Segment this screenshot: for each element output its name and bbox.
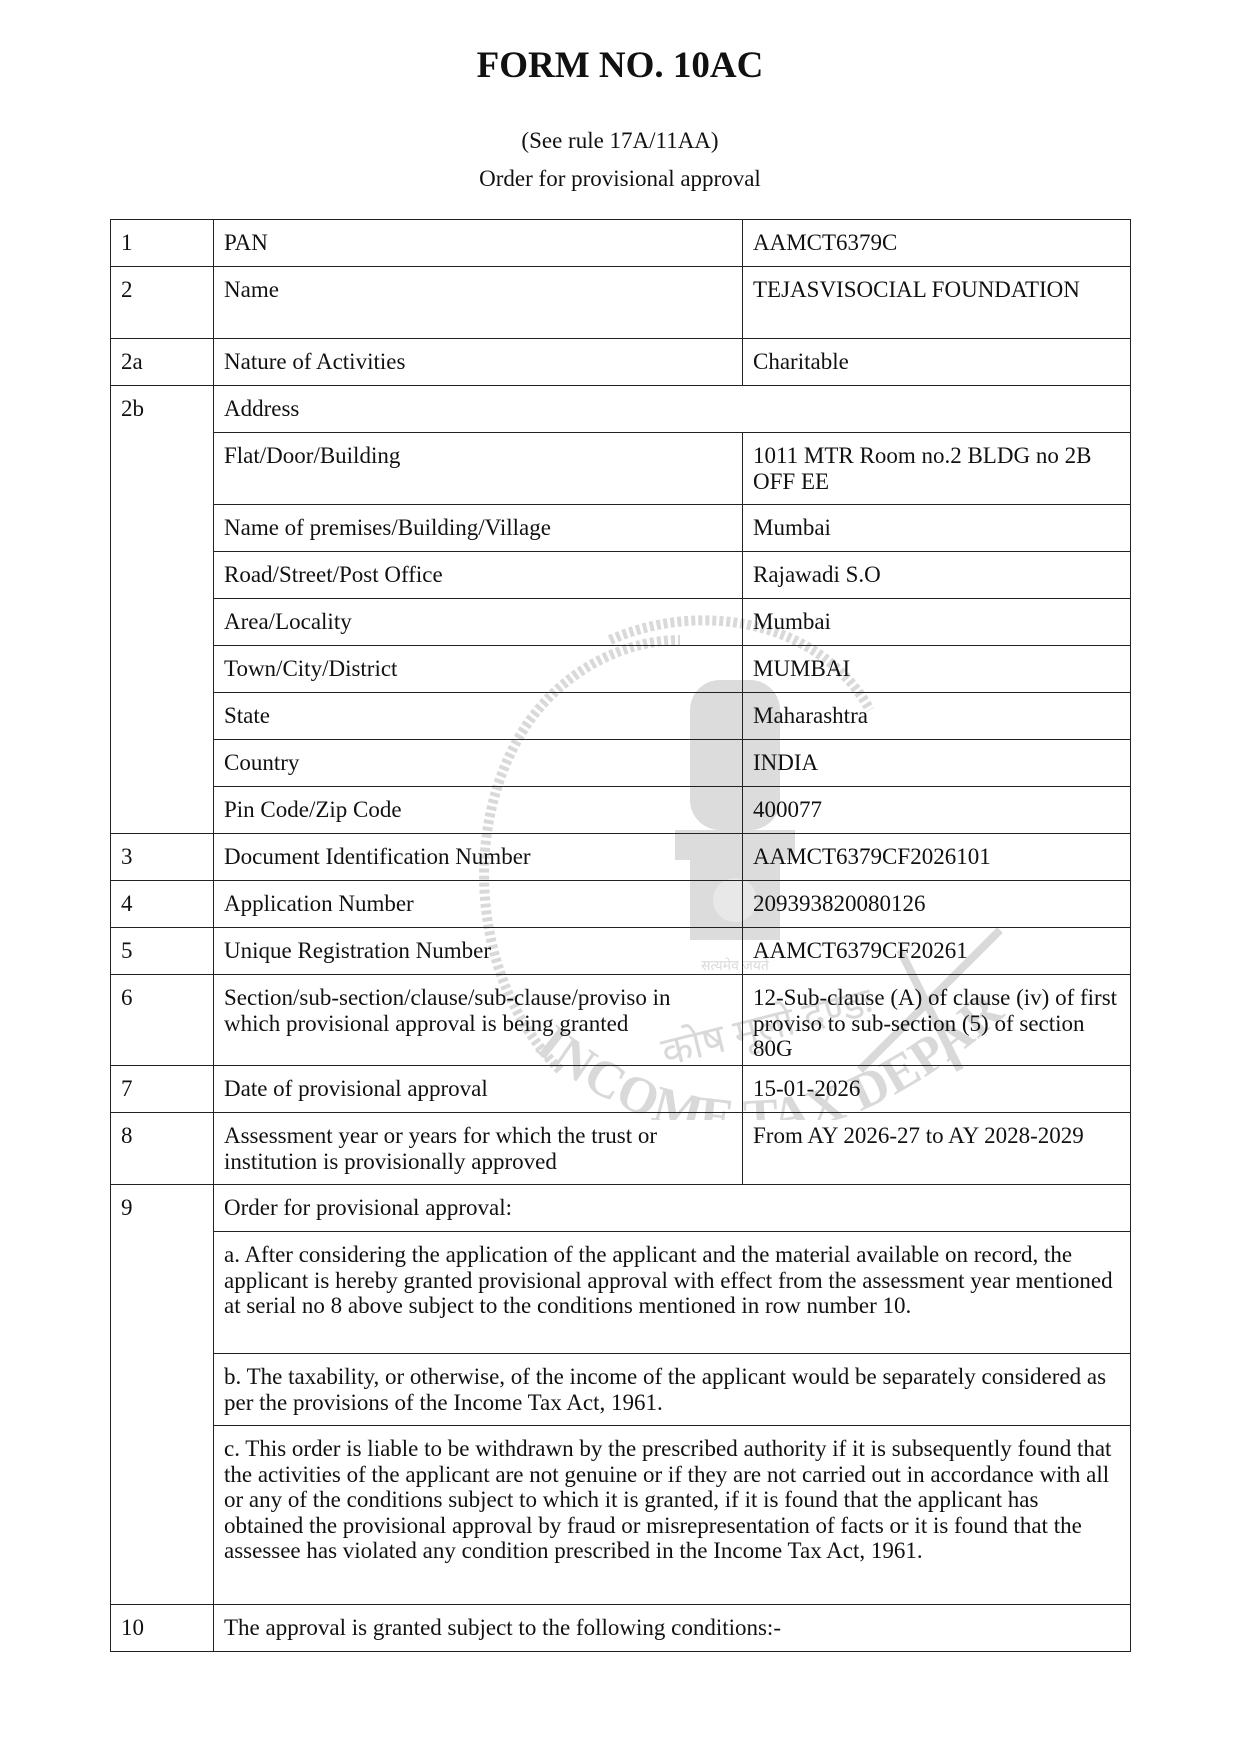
section-label: Order for provisional approval: xyxy=(214,1185,1131,1232)
serial-number: 2b xyxy=(111,386,214,834)
table-row-registration-number: 5 Unique Registration Number AAMCT6379CF… xyxy=(111,928,1131,975)
table-row-address-header: 2b Address xyxy=(111,386,1131,433)
serial-number: 5 xyxy=(111,928,214,975)
section-label: Address xyxy=(214,386,1131,433)
order-paragraph-a: a. After considering the application of … xyxy=(111,1232,1131,1354)
table-row-document-id: 3 Document Identification Number AAMCT63… xyxy=(111,834,1131,881)
field-value: Maharashtra xyxy=(743,693,1131,740)
field-label: Unique Registration Number xyxy=(214,928,743,975)
field-label: State xyxy=(214,693,743,740)
field-value: AAMCT6379CF20261 xyxy=(743,928,1131,975)
address-row-area: Area/Locality Mumbai xyxy=(111,599,1131,646)
field-value: TEJASVISOCIAL FOUNDATION xyxy=(743,267,1131,339)
field-value: 15-01-2026 xyxy=(743,1066,1131,1113)
order-text: a. After considering the application of … xyxy=(214,1232,1131,1354)
serial-number: 6 xyxy=(111,975,214,1066)
field-value: 209393820080126 xyxy=(743,881,1131,928)
field-value: Charitable xyxy=(743,339,1131,386)
table-row-section: 6 Section/sub-section/clause/sub-clause/… xyxy=(111,975,1131,1066)
field-label: Application Number xyxy=(214,881,743,928)
table-row-name: 2 Name TEJASVISOCIAL FOUNDATION xyxy=(111,267,1131,339)
field-label: PAN xyxy=(214,220,743,267)
serial-number: 4 xyxy=(111,881,214,928)
table-row-application-number: 4 Application Number 209393820080126 xyxy=(111,881,1131,928)
form-subtitle: Order for provisional approval xyxy=(0,166,1240,192)
field-label: Town/City/District xyxy=(214,646,743,693)
field-label: Name xyxy=(214,267,743,339)
address-row-premises: Name of premises/Building/Village Mumbai xyxy=(111,505,1131,552)
serial-number: 1 xyxy=(111,220,214,267)
table-row-order-header: 9 Order for provisional approval: xyxy=(111,1185,1131,1232)
field-value: 1011 MTR Room no.2 BLDG no 2B OFF EE xyxy=(743,433,1131,505)
serial-number: 2 xyxy=(111,267,214,339)
field-label: Flat/Door/Building xyxy=(214,433,743,505)
table-row-conditions: 10 The approval is granted subject to th… xyxy=(111,1605,1131,1652)
table-row-assessment-years: 8 Assessment year or years for which the… xyxy=(111,1113,1131,1185)
form-table: 1 PAN AAMCT6379C 2 Name TEJASVISOCIAL FO… xyxy=(110,219,1131,1652)
field-value: From AY 2026-27 to AY 2028-2029 xyxy=(743,1113,1131,1185)
address-row-pincode: Pin Code/Zip Code 400077 xyxy=(111,787,1131,834)
serial-number: 8 xyxy=(111,1113,214,1185)
field-label: Document Identification Number xyxy=(214,834,743,881)
field-value: 400077 xyxy=(743,787,1131,834)
field-label: Assessment year or years for which the t… xyxy=(214,1113,743,1185)
serial-number: 2a xyxy=(111,339,214,386)
field-label: Country xyxy=(214,740,743,787)
address-row-flat: Flat/Door/Building 1011 MTR Room no.2 BL… xyxy=(111,433,1131,505)
serial-number: 7 xyxy=(111,1066,214,1113)
order-paragraph-b: b. The taxability, or otherwise, of the … xyxy=(111,1354,1131,1426)
field-value: AAMCT6379CF2026101 xyxy=(743,834,1131,881)
order-paragraph-c: c. This order is liable to be withdrawn … xyxy=(111,1426,1131,1605)
field-label: Date of provisional approval xyxy=(214,1066,743,1113)
field-value: MUMBAI xyxy=(743,646,1131,693)
field-label: Name of premises/Building/Village xyxy=(214,505,743,552)
field-label: Pin Code/Zip Code xyxy=(214,787,743,834)
address-row-road: Road/Street/Post Office Rajawadi S.O xyxy=(111,552,1131,599)
order-text: b. The taxability, or otherwise, of the … xyxy=(214,1354,1131,1426)
field-value: INDIA xyxy=(743,740,1131,787)
table-row-pan: 1 PAN AAMCT6379C xyxy=(111,220,1131,267)
field-value: Rajawadi S.O xyxy=(743,552,1131,599)
field-value: 12-Sub-clause (A) of clause (iv) of firs… xyxy=(743,975,1131,1066)
table-row-approval-date: 7 Date of provisional approval 15-01-202… xyxy=(111,1066,1131,1113)
field-label: Section/sub-section/clause/sub-clause/pr… xyxy=(214,975,743,1066)
serial-number: 9 xyxy=(111,1185,214,1605)
address-row-state: State Maharashtra xyxy=(111,693,1131,740)
field-label: Area/Locality xyxy=(214,599,743,646)
serial-number: 3 xyxy=(111,834,214,881)
section-label: The approval is granted subject to the f… xyxy=(214,1605,1131,1652)
rule-reference: (See rule 17A/11AA) xyxy=(0,128,1240,154)
form-title: FORM NO. 10AC xyxy=(0,44,1240,87)
table-row-nature-of-activities: 2a Nature of Activities Charitable xyxy=(111,339,1131,386)
address-row-town: Town/City/District MUMBAI xyxy=(111,646,1131,693)
field-label: Nature of Activities xyxy=(214,339,743,386)
field-value: AAMCT6379C xyxy=(743,220,1131,267)
field-value: Mumbai xyxy=(743,599,1131,646)
serial-number: 10 xyxy=(111,1605,214,1652)
field-label: Road/Street/Post Office xyxy=(214,552,743,599)
order-text: c. This order is liable to be withdrawn … xyxy=(214,1426,1131,1605)
field-value: Mumbai xyxy=(743,505,1131,552)
address-row-country: Country INDIA xyxy=(111,740,1131,787)
